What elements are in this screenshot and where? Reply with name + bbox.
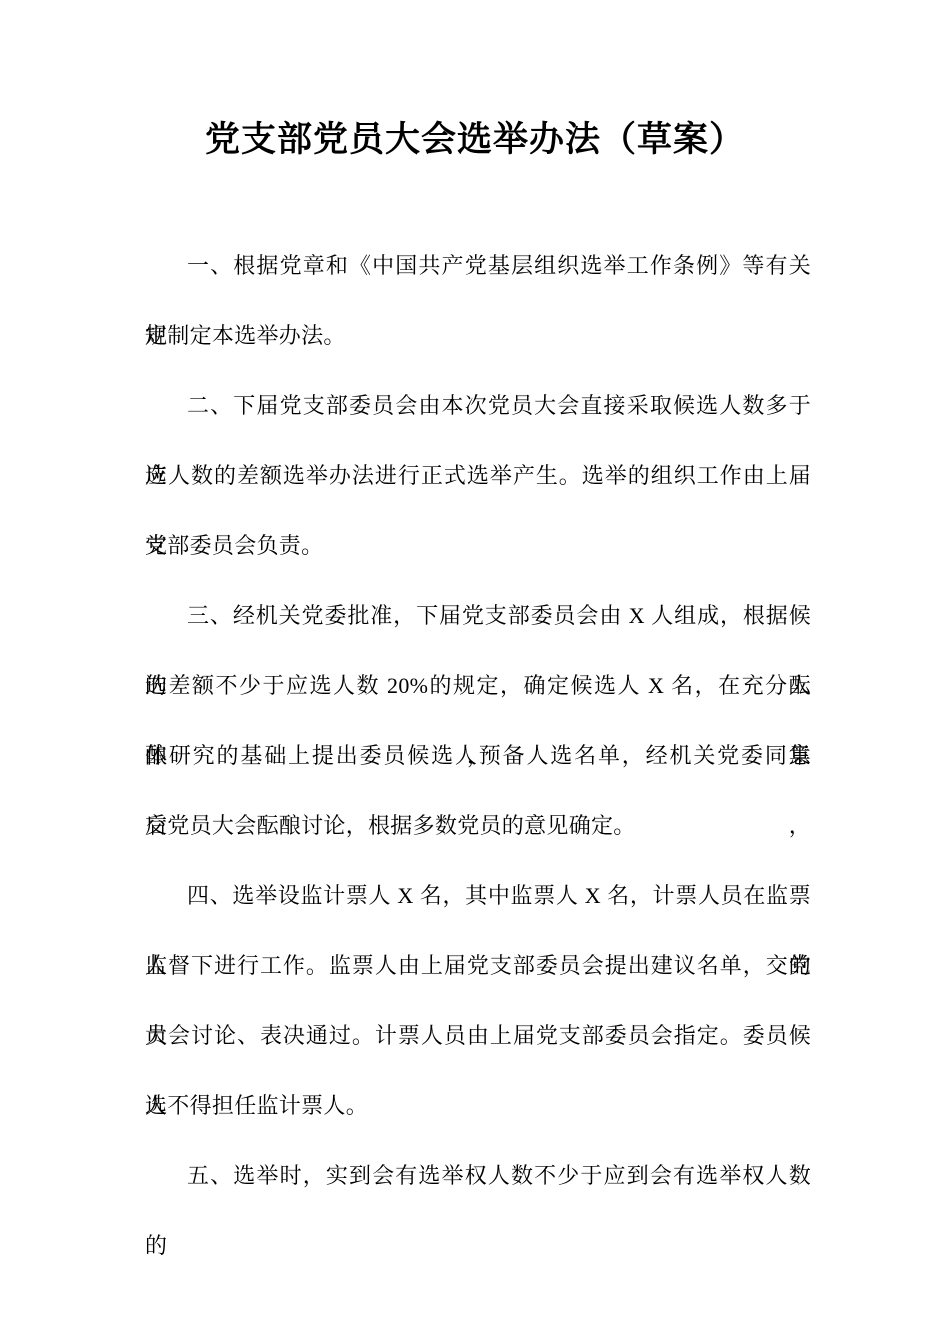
text-line: 的差额不少于应选人数 20%的规定，确定候选人 X 名，在充分酝酿，集	[145, 651, 811, 721]
text-line: 定制定本选举办法。	[145, 301, 811, 371]
text-line: 选人数的差额选举办法进行正式选举产生。选举的组织工作由上届党	[145, 441, 811, 511]
text-line: 三、经机关党委批准，下届党支部委员会由 X 人组成，根据候选人	[145, 581, 811, 651]
text-line: 体研究的基础上提出委员候选人预备人选名单，经机关党委同意后，	[145, 721, 811, 791]
text-line: 大会讨论、表决通过。计票人员由上届党支部委员会指定。委员候选	[145, 1001, 811, 1071]
text-line: 人不得担任监计票人。	[145, 1071, 811, 1141]
document-body: 一、根据党章和《中国共产党基层组织选举工作条例》等有关规定制定本选举办法。二、下…	[145, 231, 811, 1211]
text-line: 监督下进行工作。监票人由上届党支部委员会提出建议名单，交党员	[145, 931, 811, 1001]
text-line: 五、选举时，实到会有选举权人数不少于应到会有选举权人数的	[145, 1141, 811, 1211]
document-page: 党支部党员大会选举办法（草案） 一、根据党章和《中国共产党基层组织选举工作条例》…	[0, 0, 950, 1344]
text-line: 一、根据党章和《中国共产党基层组织选举工作条例》等有关规	[145, 231, 811, 301]
text-line: 四、选举设监计票人 X 名，其中监票人 X 名，计票人员在监票人的	[145, 861, 811, 931]
text-line: 二、下届党支部委员会由本次党员大会直接采取候选人数多于应	[145, 371, 811, 441]
document-title: 党支部党员大会选举办法（草案）	[0, 105, 950, 175]
text-line: 支部委员会负责。	[145, 511, 811, 581]
